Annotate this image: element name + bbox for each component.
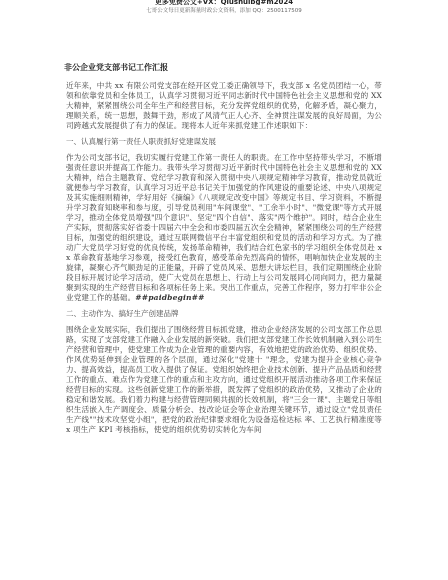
section-1-paragraph: 作为公司支部书记，我切实履行党建工作第一责任人的职责。在工作中坚持带头学习，不断… (66, 153, 382, 303)
intro-paragraph: 近年来，中共 xx 有限公司党支部在经开区党工委正确领导下，我支部 x 名党员团… (66, 81, 382, 131)
section-2-heading: 二、主动作为、搞好生产创建品牌 (66, 309, 382, 319)
header-contact-line: 七哥公文每日更新海量时政公文资料，添加 QQ：2500117509 (0, 7, 448, 15)
section-1-heading: 一、认真履行第一责任人职责抓好党建谋发展 (66, 137, 382, 147)
section-2-paragraph: 围绕企业发展实际，我们提出了围绕经营目标抓党建，推动企业经济发展的公司支部工作总… (66, 325, 382, 435)
document-title: 非公企业党支部书记工作汇报 (64, 62, 382, 74)
document-body: 非公企业党支部书记工作汇报 近年来，中共 xx 有限公司党支部在经开区党工委正确… (66, 62, 382, 435)
page-header: 更多免费公文+VX：Qiushuibg#m2024 七哥公文每日更新海量时政公文… (0, 0, 448, 15)
section-1-body: 作为公司支部书记，我切实履行党建工作第一责任人的职责。在工作中坚持带头学习，不断… (66, 153, 382, 302)
paid-begin-marker: ##paidbegin## (135, 293, 204, 302)
header-promo-line: 更多免费公文+VX：Qiushuibg#m2024 (0, 0, 448, 5)
